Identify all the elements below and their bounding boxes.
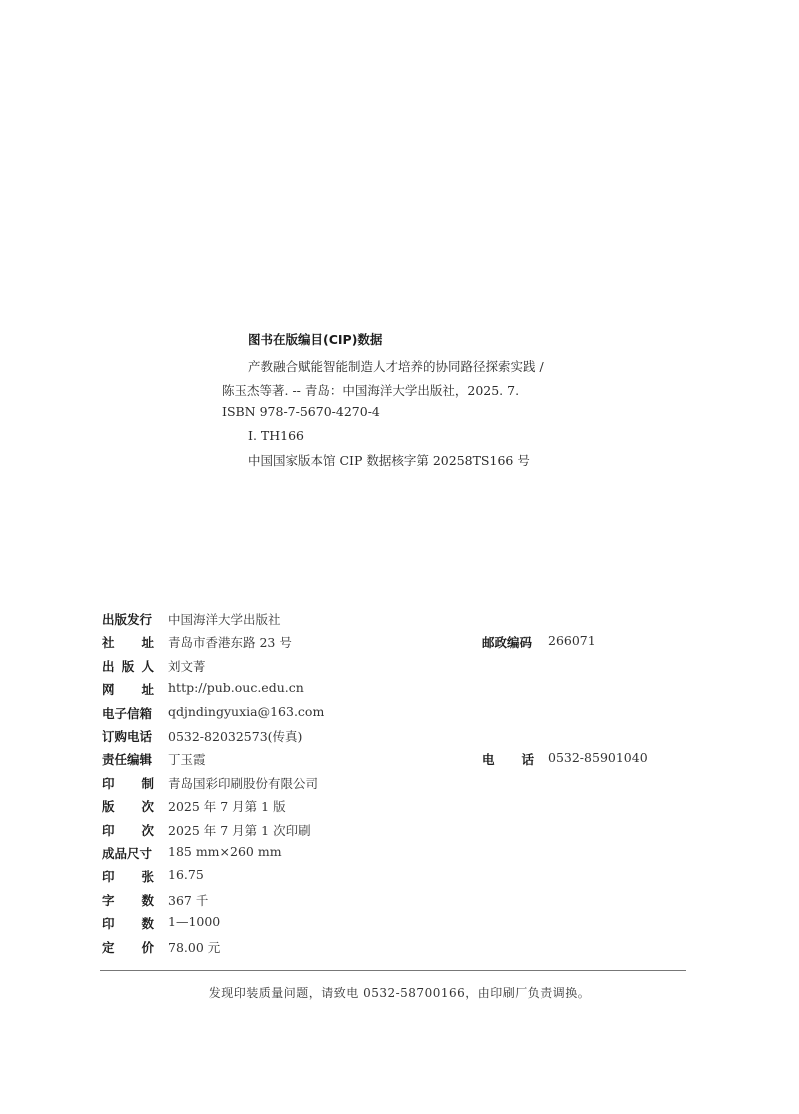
info-label: 印制 — [102, 774, 154, 792]
info-label: 印次 — [102, 821, 154, 839]
info-label: 版次 — [102, 797, 154, 815]
info-value: 2025 年 7 月第 1 次印刷 — [168, 821, 311, 839]
info-value: 刘文菁 — [168, 657, 206, 675]
info-label: 订购电话 — [102, 727, 154, 745]
info-label: 电子信箱 — [102, 704, 154, 722]
cip-isbn: ISBN 978-7-5670-4270-4 — [222, 404, 380, 419]
info-right-label: 电话 — [482, 750, 534, 768]
info-value: 1—1000 — [168, 914, 220, 929]
cip-author-line: 陈玉杰等著. -- 青岛：中国海洋大学出版社，2025. 7. — [222, 381, 519, 399]
cip-heading: 图书在版编目(CIP)数据 — [248, 330, 382, 348]
info-value: 78.00 元 — [168, 938, 220, 956]
info-value: 367 千 — [168, 891, 208, 909]
info-label: 网址 — [102, 680, 154, 698]
info-value: 16.75 — [168, 867, 204, 882]
info-value: 青岛市香港东路 23 号 — [168, 633, 292, 651]
cip-number: 中国国家版本馆 CIP 数据核字第 20258TS166 号 — [248, 451, 530, 469]
cip-title-line: 产教融合赋能智能制造人才培养的协同路径探索实践 / — [248, 357, 544, 375]
info-label: 印张 — [102, 867, 154, 885]
info-label: 社址 — [102, 633, 154, 651]
info-label: 字数 — [102, 891, 154, 909]
info-label: 责任编辑 — [102, 750, 154, 768]
info-label: 成品尺寸 — [102, 844, 154, 862]
info-value: 185 mm×260 mm — [168, 844, 282, 859]
cip-classification: Ⅰ. TH166 — [248, 428, 304, 443]
info-label: 出版发行 — [102, 610, 154, 628]
info-value: 青岛国彩印刷股份有限公司 — [168, 774, 318, 792]
info-label: 印数 — [102, 914, 154, 932]
info-value: 中国海洋大学出版社 — [168, 610, 281, 628]
info-value: 2025 年 7 月第 1 版 — [168, 797, 286, 815]
info-label: 出版人 — [102, 657, 154, 675]
info-right-value: 0532-85901040 — [548, 750, 648, 765]
quality-notice: 发现印装质量问题，请致电 0532-58700166，由印刷厂负责调换。 — [0, 984, 799, 1001]
info-value: 丁玉霞 — [168, 750, 206, 768]
divider-rule — [100, 970, 686, 971]
info-label: 定价 — [102, 938, 154, 956]
info-value: http://pub.ouc.edu.cn — [168, 680, 304, 695]
info-right-value: 266071 — [548, 633, 596, 648]
info-value: 0532-82032573(传真) — [168, 727, 302, 745]
info-right-label: 邮政编码 — [482, 633, 534, 651]
info-value: qdjndingyuxia@163.com — [168, 704, 324, 719]
